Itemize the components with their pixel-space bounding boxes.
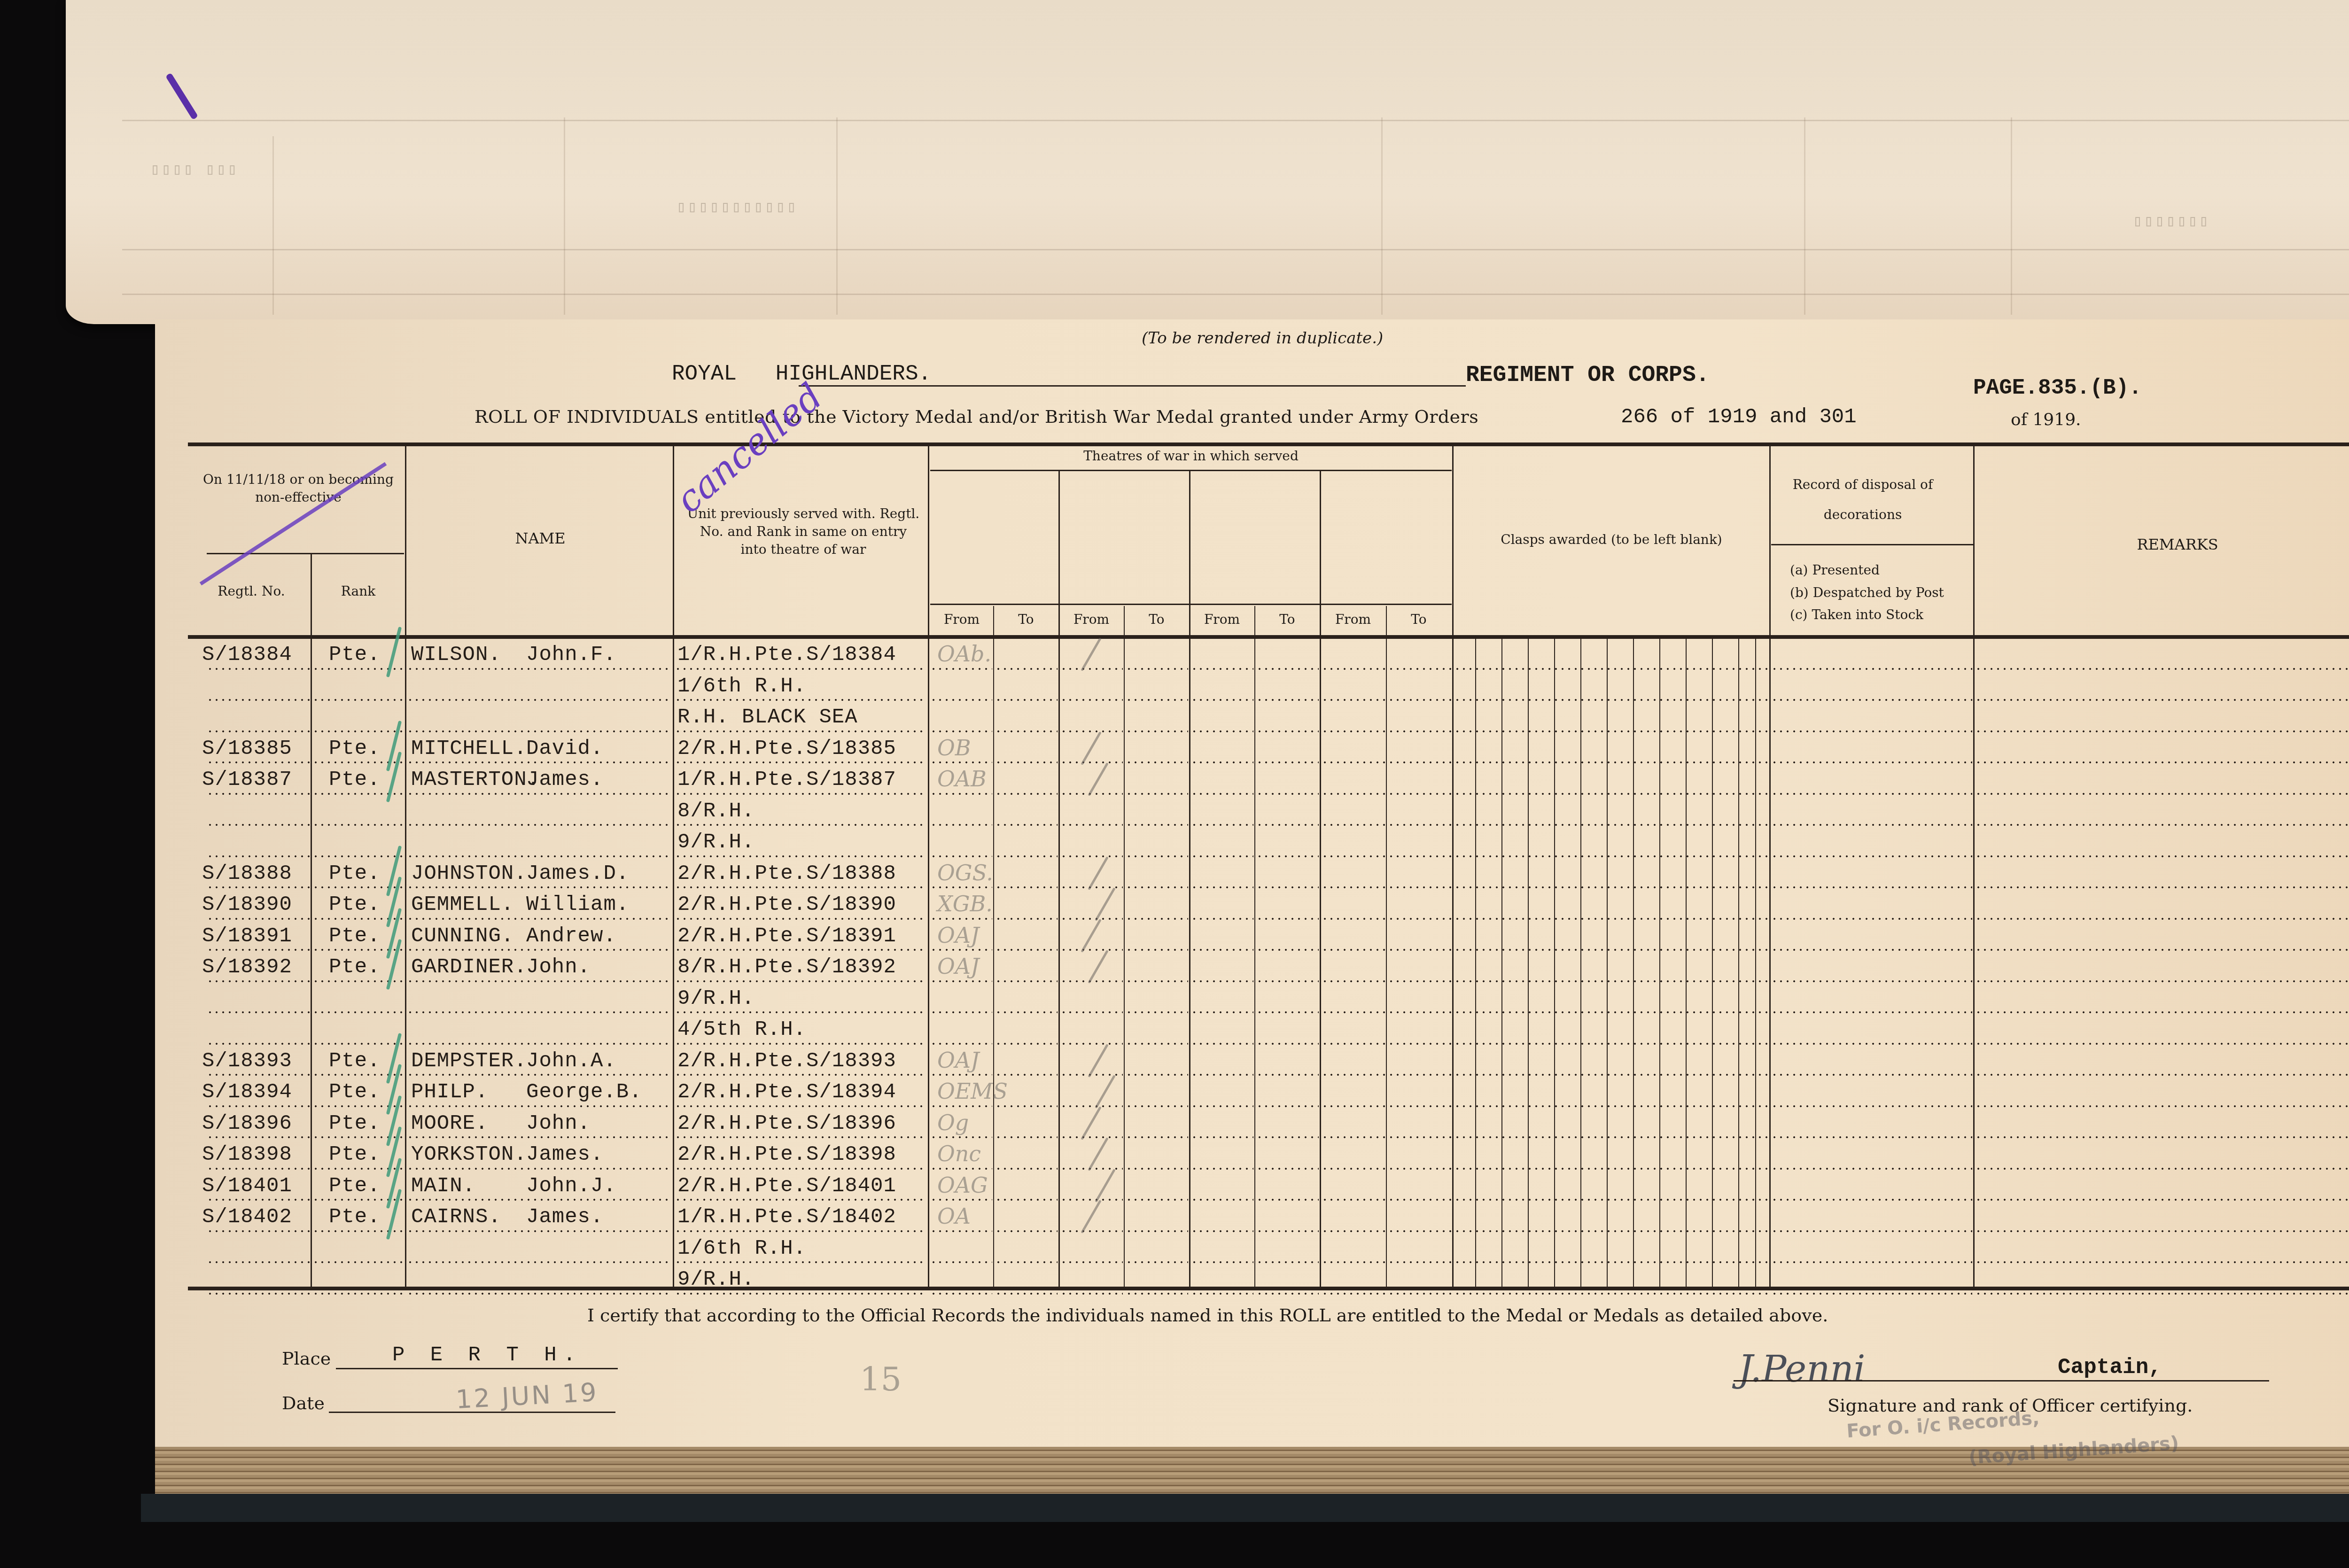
dotted-rule <box>1060 699 1123 701</box>
table-row: S/18387Pte.MASTERTON.James.1/R.H.Pte.S/1… <box>155 765 2349 797</box>
table-row: S/18390Pte.GEMMELL.William.2/R.H.Pte.S/1… <box>155 890 2349 922</box>
dotted-rule <box>1388 1136 1451 1138</box>
roll-table-body: S/18384Pte.WILSON.John.F.1/R.H.Pte.S/183… <box>155 319 2349 1447</box>
certification-text: I certify that according to the Official… <box>587 1305 1828 1326</box>
dotted-rule <box>1126 886 1188 888</box>
dotted-rule <box>1322 1199 1385 1201</box>
dotted-rule <box>1771 1043 1972 1045</box>
dotted-rule <box>1975 824 2349 826</box>
dotted-rule <box>1975 1168 2349 1170</box>
dotted-rule <box>675 886 927 888</box>
dotted-rule <box>675 918 927 920</box>
dotted-rule <box>312 1261 404 1263</box>
dotted-rule <box>1256 793 1319 795</box>
dotted-rule <box>1388 793 1451 795</box>
dotted-rule <box>1388 1043 1451 1045</box>
green-check-icon <box>386 627 402 677</box>
dotted-rule <box>1126 824 1188 826</box>
unit-cell: R.H. BLACK SEA <box>677 706 858 729</box>
dotted-rule <box>1975 855 2349 857</box>
dotted-rule <box>1256 1230 1319 1232</box>
dotted-rule <box>1975 1230 2349 1232</box>
dotted-rule <box>1454 1074 1768 1076</box>
dotted-rule <box>930 730 992 732</box>
forename-cell: William. <box>526 893 629 916</box>
dotted-rule <box>1771 1261 1972 1263</box>
dotted-rule <box>1975 1105 2349 1107</box>
dotted-rule <box>1454 1261 1768 1263</box>
dotted-rule <box>995 1043 1058 1045</box>
unit-cell: 8/R.H.Pte.S/18392 <box>677 955 896 979</box>
regtl-no-cell: S/18394 <box>202 1080 292 1104</box>
dotted-rule <box>1256 824 1319 826</box>
unit-cell: 1/6th R.H. <box>677 1237 806 1260</box>
dotted-rule <box>1322 1105 1385 1107</box>
dotted-rule <box>1771 1293 1972 1295</box>
dotted-rule <box>1256 668 1319 670</box>
dotted-rule <box>995 761 1058 763</box>
dotted-rule <box>1191 1168 1253 1170</box>
dotted-rule <box>207 886 310 888</box>
dotted-rule <box>1126 1261 1188 1263</box>
unit-cell: 4/5th R.H. <box>677 1018 806 1041</box>
dotted-rule <box>1256 886 1319 888</box>
dotted-rule <box>1322 855 1385 857</box>
pencil-annotation: OGS. <box>937 860 993 885</box>
dotted-rule <box>1126 918 1188 920</box>
dotted-rule <box>1060 1230 1123 1232</box>
rank-cell: Pte. <box>329 955 381 979</box>
rank-cell: Pte. <box>329 1080 381 1104</box>
surname-cell: MASTERTON. <box>411 768 540 792</box>
dotted-rule <box>1191 1105 1253 1107</box>
dotted-rule <box>407 886 672 888</box>
dotted-rule <box>995 1105 1058 1107</box>
ghost-text: ▯▯▯▯▯▯▯▯▯▯▯ <box>677 197 798 216</box>
dotted-rule <box>1060 668 1123 670</box>
unit-cell: 1/R.H.Pte.S/18387 <box>677 768 896 792</box>
ghost-rule <box>122 120 2349 121</box>
dotted-rule <box>207 918 310 920</box>
place-value: P E R T H. <box>392 1343 582 1367</box>
previous-page: ▯▯▯▯ ▯▯▯ ▯▯▯▯▯▯▯▯▯▯▯ ▯▯▯▯▯▯▯ <box>66 0 2349 324</box>
dotted-rule <box>1126 1293 1188 1295</box>
table-row: 1/6th R.H. <box>155 672 2349 703</box>
table-row: S/18394Pte.PHILP.George.B.2/R.H.Pte.S/18… <box>155 1078 2349 1109</box>
dotted-rule <box>407 730 672 732</box>
dotted-rule <box>1191 1074 1253 1076</box>
dotted-rule <box>207 699 310 701</box>
dotted-rule <box>1126 1230 1188 1232</box>
ghost-column <box>2011 117 2012 315</box>
unit-cell: 2/R.H.Pte.S/18391 <box>677 924 896 948</box>
dotted-rule <box>1060 730 1123 732</box>
table-row: 9/R.H. <box>155 828 2349 859</box>
regtl-no-cell: S/18396 <box>202 1112 292 1135</box>
forename-cell: Andrew. <box>526 924 616 948</box>
dotted-rule <box>1388 824 1451 826</box>
rank-cell: Pte. <box>329 862 381 885</box>
officer-signature: J.Penni <box>1738 1348 1866 1390</box>
dotted-rule <box>207 1168 310 1170</box>
dotted-rule <box>675 1074 927 1076</box>
book-cover <box>141 1494 2349 1522</box>
unit-cell: 9/R.H. <box>677 831 754 854</box>
dotted-rule <box>407 824 672 826</box>
dotted-rule <box>1771 730 1972 732</box>
dotted-rule <box>207 1043 310 1045</box>
forename-cell: John.F. <box>526 643 616 667</box>
dotted-rule <box>407 668 672 670</box>
pencil-tick-icon <box>1088 856 1108 890</box>
dotted-rule <box>1191 1199 1253 1201</box>
dotted-rule <box>407 949 672 951</box>
dotted-rule <box>1060 1043 1123 1045</box>
regtl-no-cell: S/18385 <box>202 737 292 761</box>
dotted-rule <box>995 1136 1058 1138</box>
dotted-rule <box>675 699 927 701</box>
dotted-rule <box>407 793 672 795</box>
dotted-rule <box>1975 918 2349 920</box>
dotted-rule <box>1454 761 1768 763</box>
dotted-rule <box>1388 761 1451 763</box>
table-row: R.H. BLACK SEA <box>155 703 2349 734</box>
dotted-rule <box>1388 1199 1451 1201</box>
dotted-rule <box>1771 918 1972 920</box>
dotted-rule <box>1060 855 1123 857</box>
dotted-rule <box>312 1011 404 1013</box>
dotted-rule <box>1256 1011 1319 1013</box>
dotted-rule <box>1454 824 1768 826</box>
table-row: S/18391Pte.CUNNING.Andrew.2/R.H.Pte.S/18… <box>155 922 2349 953</box>
dotted-rule <box>675 855 927 857</box>
unit-cell: 2/R.H.Pte.S/18401 <box>677 1174 896 1198</box>
dotted-rule <box>407 918 672 920</box>
dotted-rule <box>1322 980 1385 982</box>
dotted-rule <box>1388 855 1451 857</box>
dotted-rule <box>1388 949 1451 951</box>
dotted-rule <box>1191 730 1253 732</box>
dotted-rule <box>1060 824 1123 826</box>
dotted-rule <box>1771 949 1972 951</box>
dotted-rule <box>1771 1074 1972 1076</box>
dotted-rule <box>675 1011 927 1013</box>
pencil-tick-icon <box>1081 731 1101 765</box>
pencil-annotation: OA <box>937 1203 971 1229</box>
dotted-rule <box>675 761 927 763</box>
dotted-rule <box>1256 980 1319 982</box>
dotted-rule <box>207 1293 310 1295</box>
dotted-rule <box>930 824 992 826</box>
regtl-no-cell: S/18384 <box>202 643 292 667</box>
ghost-text: ▯▯▯▯▯▯▯ <box>2133 211 2210 230</box>
pencil-tick-icon <box>1081 637 1101 671</box>
dotted-rule <box>930 1230 992 1232</box>
pencil-tick-icon <box>1088 1137 1108 1171</box>
dotted-rule <box>1454 886 1768 888</box>
dotted-rule <box>1322 1293 1385 1295</box>
unit-cell: 2/R.H.Pte.S/18385 <box>677 737 896 761</box>
dotted-rule <box>1454 793 1768 795</box>
dotted-rule <box>207 1199 310 1201</box>
dotted-rule <box>930 855 992 857</box>
pencil-tick-icon <box>1081 1200 1101 1234</box>
dotted-rule <box>1322 886 1385 888</box>
dotted-rule <box>995 1230 1058 1232</box>
date-label: Date <box>282 1393 325 1413</box>
dotted-rule <box>1975 886 2349 888</box>
dotted-rule <box>675 1230 927 1232</box>
ghost-text: ▯▯▯▯ ▯▯▯ <box>150 160 239 179</box>
unit-cell: 8/R.H. <box>677 800 754 823</box>
dotted-rule <box>1388 980 1451 982</box>
dotted-rule <box>312 824 404 826</box>
dotted-rule <box>995 793 1058 795</box>
pencil-annotation: OB <box>937 735 971 761</box>
dotted-rule <box>1771 1230 1972 1232</box>
forename-cell: John.A. <box>526 1049 616 1073</box>
dotted-rule <box>995 1199 1058 1201</box>
pencil-annotation: Onc <box>937 1141 981 1166</box>
dotted-rule <box>675 793 927 795</box>
dotted-rule <box>675 1261 927 1263</box>
dotted-rule <box>930 1136 992 1138</box>
surname-cell: MAIN. <box>411 1174 475 1198</box>
table-row: S/18392Pte.GARDINER.John.8/R.H.Pte.S/183… <box>155 953 2349 984</box>
rank-cell: Pte. <box>329 1174 381 1198</box>
table-row: S/18402Pte.CAIRNS.James.1/R.H.Pte.S/1840… <box>155 1203 2349 1234</box>
dotted-rule <box>1771 1199 1972 1201</box>
pencil-tick-icon <box>1095 887 1115 921</box>
dotted-rule <box>1975 699 2349 701</box>
dotted-rule <box>1126 761 1188 763</box>
dotted-rule <box>1191 886 1253 888</box>
ghost-rule <box>122 294 2349 295</box>
dotted-rule <box>207 1136 310 1138</box>
dotted-rule <box>1060 1011 1123 1013</box>
rank-cell: Pte. <box>329 768 381 792</box>
dotted-rule <box>207 855 310 857</box>
dotted-rule <box>1126 1043 1188 1045</box>
dotted-rule <box>407 1011 672 1013</box>
dotted-rule <box>207 1074 310 1076</box>
dotted-rule <box>995 824 1058 826</box>
dotted-rule <box>1454 1230 1768 1232</box>
dotted-rule <box>1322 1168 1385 1170</box>
dotted-rule <box>1454 1136 1768 1138</box>
dotted-rule <box>1191 980 1253 982</box>
dotted-rule <box>1126 699 1188 701</box>
dotted-rule <box>207 949 310 951</box>
dotted-rule <box>1322 949 1385 951</box>
dotted-rule <box>675 824 927 826</box>
dotted-rule <box>207 980 310 982</box>
dotted-rule <box>1975 668 2349 670</box>
unit-cell: 2/R.H.Pte.S/18390 <box>677 893 896 916</box>
dotted-rule <box>407 761 672 763</box>
dotted-rule <box>995 1293 1058 1295</box>
dotted-rule <box>207 1011 310 1013</box>
dotted-rule <box>930 1293 992 1295</box>
dotted-rule <box>1256 761 1319 763</box>
forename-cell: John. <box>526 1112 591 1135</box>
rank-cell: Pte. <box>329 643 381 667</box>
surname-cell: YORKSTON. <box>411 1143 527 1166</box>
dotted-rule <box>1771 699 1972 701</box>
dotted-rule <box>930 1168 992 1170</box>
ghost-column <box>1804 117 1805 315</box>
pencil-tick-icon <box>1081 919 1101 953</box>
dotted-rule <box>1060 949 1123 951</box>
dotted-rule <box>312 1293 404 1295</box>
dotted-rule <box>407 980 672 982</box>
dotted-rule <box>1454 1293 1768 1295</box>
rank-cell: Pte. <box>329 1112 381 1135</box>
dotted-rule <box>407 1136 672 1138</box>
dotted-rule <box>1454 855 1768 857</box>
dotted-rule <box>995 918 1058 920</box>
dotted-rule <box>207 793 310 795</box>
table-row: S/18398Pte.YORKSTON.James.2/R.H.Pte.S/18… <box>155 1140 2349 1172</box>
dotted-rule <box>1126 1074 1188 1076</box>
dotted-rule <box>1256 1168 1319 1170</box>
pencil-annotation: OAJ <box>937 1048 979 1073</box>
dotted-rule <box>207 668 310 670</box>
pencil-annotation: OAb. <box>937 641 991 667</box>
dotted-rule <box>407 699 672 701</box>
unit-cell: 1/R.H.Pte.S/18384 <box>677 643 896 667</box>
dotted-rule <box>995 668 1058 670</box>
dotted-rule <box>1191 824 1253 826</box>
dotted-rule <box>1126 1168 1188 1170</box>
unit-cell: 2/R.H.Pte.S/18394 <box>677 1080 896 1104</box>
dotted-rule <box>1060 1293 1123 1295</box>
dotted-rule <box>1322 1230 1385 1232</box>
dotted-rule <box>1454 949 1768 951</box>
dotted-rule <box>1256 1105 1319 1107</box>
dotted-rule <box>407 1043 672 1045</box>
pencil-annotation: OAJ <box>937 923 979 948</box>
dotted-rule <box>1126 1105 1188 1107</box>
forename-cell: James.D. <box>526 862 629 885</box>
pencil-annotation: OAG <box>937 1172 988 1198</box>
dotted-rule <box>1126 1136 1188 1138</box>
dotted-rule <box>930 886 992 888</box>
table-row: 9/R.H. <box>155 1265 2349 1296</box>
unit-cell: 2/R.H.Pte.S/18396 <box>677 1112 896 1135</box>
signature-line <box>1734 1380 2269 1382</box>
dotted-rule <box>1256 1074 1319 1076</box>
surname-cell: MOORE. <box>411 1112 488 1135</box>
dotted-rule <box>995 949 1058 951</box>
unit-cell: 1/R.H.Pte.S/18402 <box>677 1205 896 1229</box>
dotted-rule <box>1388 1168 1451 1170</box>
dotted-rule <box>1975 1199 2349 1201</box>
dotted-rule <box>1060 1261 1123 1263</box>
forename-cell: John.J. <box>526 1174 616 1198</box>
dotted-rule <box>1388 1293 1451 1295</box>
surname-cell: GARDINER. <box>411 955 527 979</box>
dotted-rule <box>1771 886 1972 888</box>
dotted-rule <box>1975 1261 2349 1263</box>
dotted-rule <box>930 1074 992 1076</box>
dotted-rule <box>1191 761 1253 763</box>
surname-cell: PHILP. <box>411 1080 488 1104</box>
dotted-rule <box>1126 949 1188 951</box>
dotted-rule <box>675 949 927 951</box>
dotted-rule <box>675 730 927 732</box>
ghost-rule <box>122 249 2349 250</box>
dotted-rule <box>1126 855 1188 857</box>
surname-cell: JOHNSTON. <box>411 862 527 885</box>
pencil-tick-icon <box>1081 1106 1101 1140</box>
forename-cell: James. <box>526 1143 603 1166</box>
dotted-rule <box>1256 730 1319 732</box>
officer-rank: Captain, <box>2058 1355 2162 1380</box>
regtl-no-cell: S/18388 <box>202 862 292 885</box>
dotted-rule <box>1322 918 1385 920</box>
dotted-rule <box>1454 699 1768 701</box>
dotted-rule <box>1256 1043 1319 1045</box>
dotted-rule <box>675 668 927 670</box>
pencil-annotation: XGB. <box>937 891 993 916</box>
dotted-rule <box>1975 1136 2349 1138</box>
dotted-rule <box>675 1168 927 1170</box>
dotted-rule <box>995 730 1058 732</box>
dotted-rule <box>1388 730 1451 732</box>
dotted-rule <box>1126 730 1188 732</box>
dotted-rule <box>1388 1074 1451 1076</box>
dotted-rule <box>1975 793 2349 795</box>
ghost-column <box>272 136 274 315</box>
dotted-rule <box>1191 793 1253 795</box>
dotted-rule <box>1771 980 1972 982</box>
regtl-no-cell: S/18398 <box>202 1143 292 1166</box>
dotted-rule <box>930 1011 992 1013</box>
rank-cell: Pte. <box>329 1143 381 1166</box>
dotted-rule <box>407 1230 672 1232</box>
dotted-rule <box>1322 761 1385 763</box>
unit-cell: 2/R.H.Pte.S/18398 <box>677 1143 896 1166</box>
dotted-rule <box>312 855 404 857</box>
surname-cell: MITCHELL. <box>411 737 527 761</box>
table-row: 8/R.H. <box>155 797 2349 828</box>
dotted-rule <box>207 1261 310 1263</box>
dotted-rule <box>1454 1105 1768 1107</box>
dotted-rule <box>407 1293 672 1295</box>
dotted-rule <box>1454 730 1768 732</box>
rank-cell: Pte. <box>329 893 381 916</box>
dotted-rule <box>1322 824 1385 826</box>
dotted-rule <box>1060 918 1123 920</box>
dotted-rule <box>1256 918 1319 920</box>
forename-cell: David. <box>526 737 603 761</box>
dotted-rule <box>1388 1261 1451 1263</box>
pencil-tick-icon <box>1088 950 1108 984</box>
dotted-rule <box>1771 824 1972 826</box>
surname-cell: DEMPSTER. <box>411 1049 527 1073</box>
dotted-rule <box>407 1168 672 1170</box>
dotted-rule <box>1060 1199 1123 1201</box>
dotted-rule <box>675 1105 927 1107</box>
dotted-rule <box>407 1074 672 1076</box>
pencil-annotation: OEMS <box>937 1079 1008 1104</box>
dotted-rule <box>1191 699 1253 701</box>
forename-cell: George.B. <box>526 1080 642 1104</box>
dotted-rule <box>1191 855 1253 857</box>
surname-cell: WILSON. <box>411 643 501 667</box>
ghost-column <box>1381 117 1383 315</box>
